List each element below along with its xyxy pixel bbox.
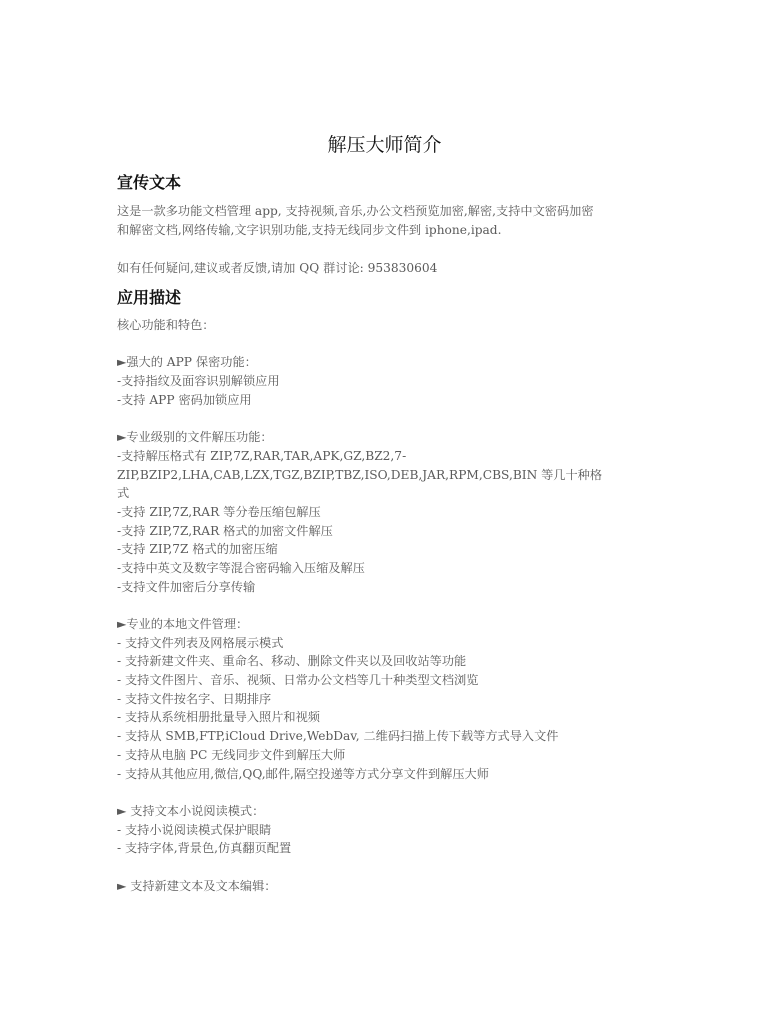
group-title: ► 支持文本小说阅读模式： bbox=[117, 802, 657, 821]
contact-paragraph: 如有任何疑问,建议或者反馈,请加 QQ 群讨论: 953830604 bbox=[117, 259, 657, 278]
text-line: 如有任何疑问,建议或者反馈,请加 QQ 群讨论: 953830604 bbox=[117, 259, 657, 278]
list-item: -支持文件加密后分享传输 bbox=[117, 578, 657, 597]
list-item: -支持 ZIP,7Z,RAR 格式的加密文件解压 bbox=[117, 522, 657, 541]
list-item: ZIP,BZIP2,LHA,CAB,LZX,TGZ,BZIP,TBZ,ISO,D… bbox=[117, 466, 657, 485]
section-heading-description: 应用描述 bbox=[117, 286, 181, 310]
list-item: - 支持字体,背景色,仿真翻页配置 bbox=[117, 839, 657, 858]
list-item: - 支持从 SMB,FTP,iCloud Drive,WebDav, 二维码扫描… bbox=[117, 727, 657, 746]
text-line: 和解密文档,网络传输,文字识别功能,支持无线同步文件到 iphone,ipad. bbox=[117, 221, 657, 240]
list-item: - 支持新建文件夹、重命名、移动、删除文件夹以及回收站等功能 bbox=[117, 652, 657, 671]
list-item: - 支持文件列表及网格展示模式 bbox=[117, 634, 657, 653]
description-body: 核心功能和特色： ►强大的 APP 保密功能： -支持指纹及面容识别解锁应用 -… bbox=[117, 316, 657, 895]
list-item: -支持中英文及数字等混合密码输入压缩及解压 bbox=[117, 559, 657, 578]
list-item: - 支持文件图片、音乐、视频、日常办公文档等几十种类型文档浏览 bbox=[117, 671, 657, 690]
list-item: -支持 ZIP,7Z 格式的加密压缩 bbox=[117, 540, 657, 559]
list-item: -支持 ZIP,7Z,RAR 等分卷压缩包解压 bbox=[117, 503, 657, 522]
list-item: 式 bbox=[117, 484, 657, 503]
list-item: - 支持文件按名字、日期排序 bbox=[117, 690, 657, 709]
group-title: ►强大的 APP 保密功能： bbox=[117, 353, 657, 372]
list-item: - 支持从其他应用,微信,QQ,邮件,隔空投递等方式分享文件到解压大师 bbox=[117, 765, 657, 784]
list-item: -支持解压格式有 ZIP,7Z,RAR,TAR,APK,GZ,BZ2,7- bbox=[117, 447, 657, 466]
list-item: - 支持从系统相册批量导入照片和视频 bbox=[117, 708, 657, 727]
promo-paragraph: 这是一款多功能文档管理 app, 支持视频,音乐,办公文档预览加密,解密,支持中… bbox=[117, 202, 657, 239]
document-title: 解压大师简介 bbox=[117, 131, 652, 159]
list-item: - 支持小说阅读模式保护眼睛 bbox=[117, 821, 657, 840]
list-item: - 支持从电脑 PC 无线同步文件到解压大师 bbox=[117, 746, 657, 765]
list-item: -支持指纹及面容识别解锁应用 bbox=[117, 372, 657, 391]
text-line: 这是一款多功能文档管理 app, 支持视频,音乐,办公文档预览加密,解密,支持中… bbox=[117, 202, 657, 221]
list-item: -支持 APP 密码加锁应用 bbox=[117, 391, 657, 410]
section-heading-promo: 宣传文本 bbox=[117, 171, 181, 195]
group-title: ► 支持新建文本及文本编辑： bbox=[117, 877, 657, 896]
group-title: ►专业的本地文件管理： bbox=[117, 615, 657, 634]
intro-line: 核心功能和特色： bbox=[117, 316, 657, 335]
group-title: ►专业级别的文件解压功能： bbox=[117, 428, 657, 447]
